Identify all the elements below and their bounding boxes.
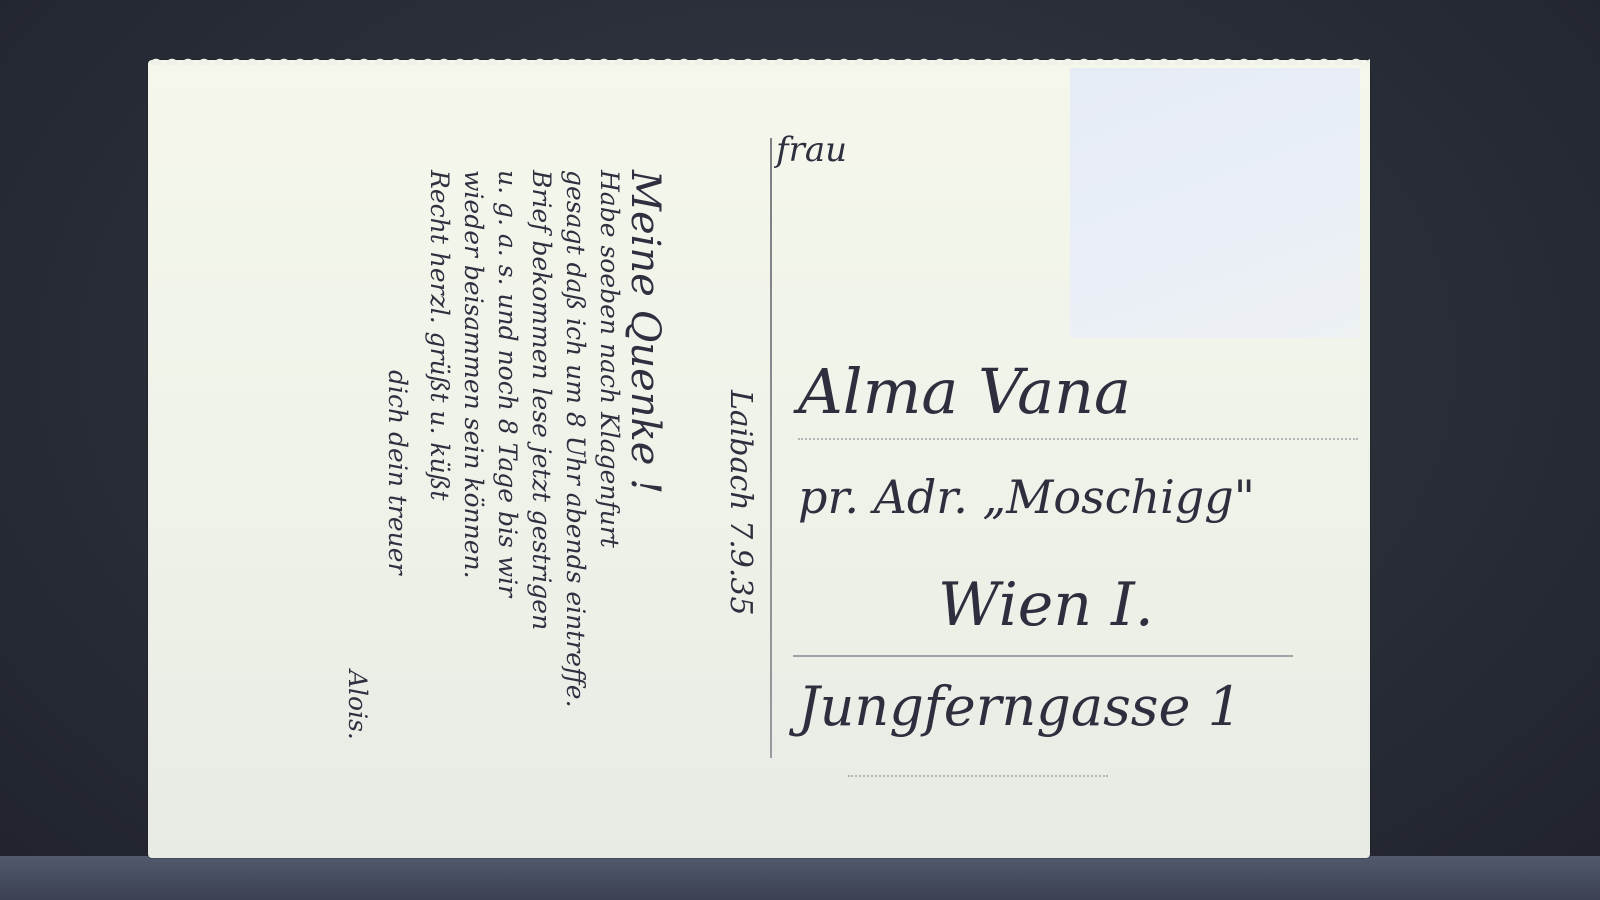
address-prefix: frau [776,130,847,170]
message-line: u. g. a. s. und noch 8 Tage bis wir [493,170,522,597]
address-line [848,775,1108,777]
message-line: Recht herzl. grüßt u. küßt [425,170,454,500]
message-line: dich dein treuer [383,370,412,575]
recipient-name: Alma Vana [798,355,1131,428]
address-line [793,655,1293,657]
care-of-line: pr. Adr. „Moschigg" [798,470,1255,524]
card-center-divider [770,138,772,758]
message-signature: Alois. [343,670,372,740]
message-greeting: Meine Quenke ! [622,170,668,494]
place-date: Laibach 7.9.35 [723,390,758,616]
message-line: gesagt daß ich um 8 Uhr abends eintreffe… [561,170,590,708]
street-line: Jungferngasse 1 [798,675,1242,738]
display-ledge [0,856,1600,900]
message-block: Meine Quenke ! Habe soeben nach Klagenfu… [328,170,748,830]
message-line: Habe soeben nach Klagenfurt [595,170,624,548]
message-line: wieder beisammen sein können. [459,170,488,579]
postcard: Meine Quenke ! Habe soeben nach Klagenfu… [148,60,1370,858]
city-line: Wien I. [938,570,1154,640]
message-line: Brief bekommen lese jetzt gestrigen [527,170,556,630]
stamp-placeholder-area [1070,68,1360,338]
address-line [798,438,1358,440]
